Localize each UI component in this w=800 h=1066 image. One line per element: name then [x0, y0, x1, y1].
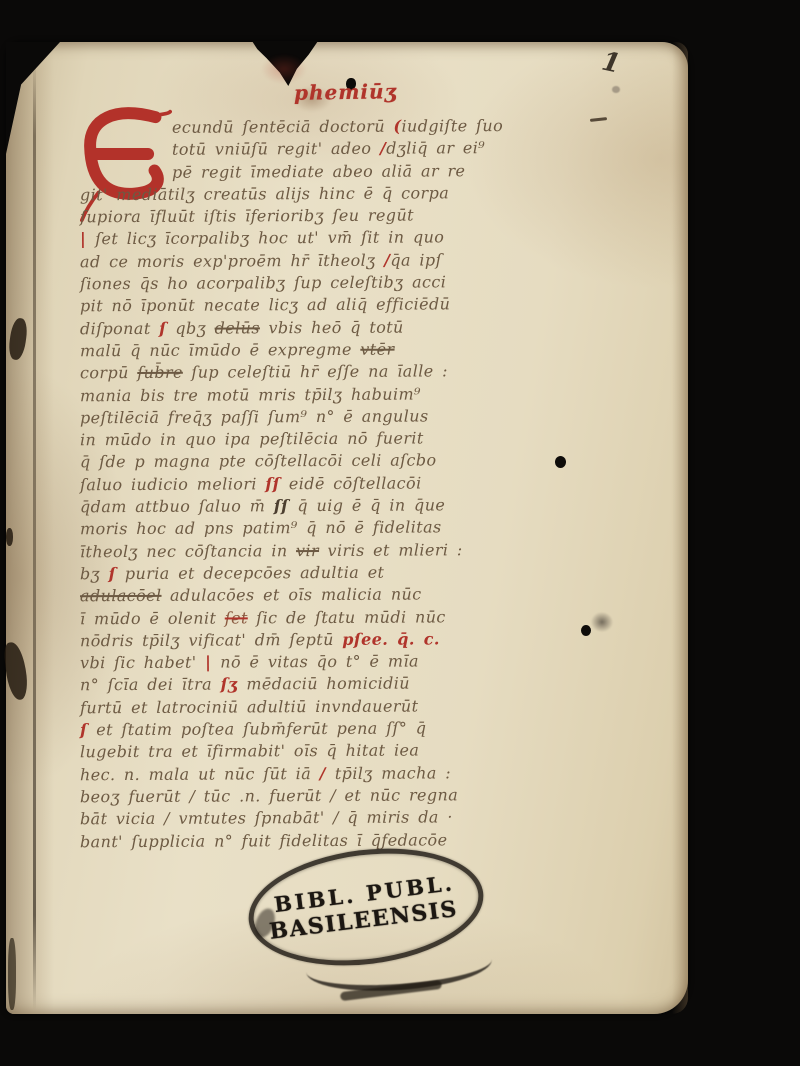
manuscript-text-segment: nō ē vitas q̄o t° ē mīa	[220, 652, 419, 672]
manuscript-text-segment: ſic de ſtatu mūdi nūc	[248, 607, 446, 627]
manuscript-text-segment: diſponat	[80, 319, 159, 338]
manuscript-line: bant' ſupplicia n° fuit fidelitas ī q̄fe…	[80, 828, 566, 853]
manuscript-line: malū q̄ nūc īmūdo ē expregme vtēr	[80, 338, 566, 363]
manuscript-text-segment: peſtilēciā freq̄ʒ paſſi ſum⁹ n° ē angulu…	[80, 406, 429, 427]
manuscript-text-segment: vir	[296, 541, 319, 560]
manuscript-line: furtū et latrociniū adultiū invndauerūt	[80, 694, 566, 719]
manuscript-text-segment: vtēr	[360, 340, 394, 359]
manuscript-text-segment: adulacōel	[80, 586, 162, 605]
manuscript-line: ſupiora īfluūt iſtis īferioribʒ ſeu regū…	[80, 204, 566, 229]
manuscript-line: ecundū ſentēciā doctorū (iudgiſte ſuo	[80, 115, 566, 140]
manuscript-text-segment: adulacōes et oīs malicia nūc	[161, 585, 421, 605]
manuscript-line: ītheolʒ nec cōſtancia in vir viris et ml…	[80, 538, 566, 563]
manuscript-line: mania bis tre motū mris tp̄ilʒ habuim⁹	[80, 382, 566, 407]
manuscript-text-segment: bʒ	[80, 564, 109, 583]
manuscript-text-segment: dʒliq̄ ar ei⁹	[386, 138, 485, 158]
manuscript-line: q̄ ſde p magna pte cōſtellacōi celi aſcb…	[80, 449, 566, 474]
rubric-heading: phemiūʒ	[294, 79, 397, 105]
manuscript-line: hec. n. mala ut nūc ſūt iā / tp̄ilʒ mach…	[80, 761, 566, 786]
manuscript-text-segment: ſaluo iudicio meliori	[80, 474, 265, 494]
ink-dot	[555, 456, 566, 468]
manuscript-text-segment: in mūdo in quo ipa peſtilēcia nō fuerit	[80, 429, 424, 450]
manuscript-text-segment: beoʒ fuerūt / tūc .n. fuerūt / et nūc re…	[80, 785, 458, 806]
red-ink-smudge	[261, 54, 307, 84]
binding-thread-knot	[3, 641, 29, 701]
manuscript-text-segment: ecundū ſentēciā doctorū	[172, 117, 394, 137]
manuscript-line: | ſet licʒ īcorpalibʒ hoc ut' vm̄ ſit in…	[80, 226, 566, 251]
manuscript-line: diſponat ſ qbʒ delūs vbis heō q̄ totū	[80, 315, 566, 340]
manuscript-text-segment: (	[393, 117, 401, 136]
manuscript-line: bāt vicia / vmtutes ſpnabāt' / q̄ miris …	[80, 806, 566, 831]
faint-stain	[612, 86, 620, 93]
manuscript-line: bʒ ſ puria et decepcōes adultia et	[80, 561, 566, 586]
manuscript-text-segment: ad ce moris exp'proēm hr̄ ītheolʒ	[80, 250, 384, 271]
manuscript-page: 1 phemiūʒ ecundū ſentēciā doctorū (iudgi…	[6, 42, 688, 1014]
manuscript-text-segment: |	[205, 653, 220, 672]
manuscript-text-segment: lugebit tra et īfirmabit' oīs q̄ hitat i…	[80, 741, 419, 762]
manuscript-line: ad ce moris exp'proēm hr̄ ītheolʒ /q̄a i…	[80, 249, 566, 274]
manuscript-line: in mūdo in quo ipa peſtilēcia nō fuerit	[80, 427, 566, 452]
manuscript-text-segment: |	[80, 230, 95, 249]
manuscript-text-segment: ſet	[225, 608, 248, 627]
manuscript-text-segment: eidē cōſtellacōi	[289, 473, 422, 493]
manuscript-text-segment: nōdris tp̄ilʒ vificat' dm̄ ſeptū	[80, 630, 342, 650]
manuscript-line: q̄dam attbuo ſaluo m̄ ſſ q̄ uig ē q̄ in …	[80, 494, 566, 519]
manuscript-text-segment: ſſ	[274, 496, 298, 515]
manuscript-text-segment: n° ſcīa dei ītra	[80, 675, 221, 695]
manuscript-text-segment: qbʒ	[175, 318, 214, 337]
manuscript-line: ī mūdo ē olenit ſet ſic de ſtatu mūdi nū…	[80, 605, 566, 630]
folio-number: 1	[599, 46, 623, 79]
manuscript-line: moris hoc ad pns patim⁹ q̄ nō ē fidelita…	[80, 516, 566, 541]
manuscript-line: ſaluo iudicio meliori ſſ eidē cōſtellacō…	[80, 471, 566, 496]
ink-dot	[581, 625, 591, 636]
manuscript-text-segment: pit nō īponūt necate licʒ ad aliq̄ effic…	[80, 295, 450, 316]
manuscript-text-segment: viris et mlieri :	[319, 540, 463, 560]
manuscript-line: totū vniūſū regit' adeo /dʒliq̄ ar ei⁹	[80, 137, 566, 162]
manuscript-text-segment: et ſtatim poſtea ſubm̄ferūt pena ſſ° q̄	[96, 718, 426, 739]
manuscript-text-segment: ſſ	[265, 474, 289, 493]
margin-dash	[590, 117, 607, 122]
binding-crease	[33, 60, 36, 1010]
manuscript-line: peſtilēciā freq̄ʒ paſſi ſum⁹ n° ē angulu…	[80, 405, 566, 430]
manuscript-text-segment: moris hoc ad pns patim⁹ q̄ nō ē fidelita…	[80, 518, 442, 539]
manuscript-text-segment: vbi ſic habet'	[80, 653, 205, 673]
manuscript-text-segment: ſ	[109, 564, 125, 583]
manuscript-text-segment: delūs	[215, 318, 260, 337]
manuscript-line: git' mediātilʒ creatūs alijs hinc ē q̄ c…	[80, 182, 566, 207]
manuscript-line: corpū ſub̄re ſup celeſtiū hr̄ eſſe na īa…	[80, 360, 566, 385]
manuscript-text-segment: ſupiora īfluūt iſtis īferioribʒ ſeu regū…	[80, 206, 414, 227]
manuscript-text-segment: ſup celeſtiū hr̄ eſſe na īalle :	[183, 362, 448, 382]
manuscript-text-segment: corpū	[80, 363, 137, 382]
manuscript-text-segment: furtū et latrociniū adultiū invndauerūt	[80, 696, 418, 717]
manuscript-line: pit nō īponūt necate licʒ ad aliq̄ effic…	[80, 293, 566, 318]
manuscript-text-segment: bāt vicia / vmtutes ſpnabāt' / q̄ miris …	[80, 808, 453, 829]
manuscript-text-segment: q̄ uig ē q̄ in q̄ue	[297, 495, 445, 515]
manuscript-text-segment: iudgiſte ſuo	[401, 116, 503, 136]
manuscript-text-segment: vbis heō q̄ totū	[260, 317, 404, 337]
photo-backdrop: 1 phemiūʒ ecundū ſentēciā doctorū (iudgi…	[0, 0, 800, 1066]
manuscript-text-segment: tp̄ilʒ macha :	[335, 763, 451, 783]
binding-thread-knot	[8, 938, 16, 1010]
binding-thread-knot	[6, 528, 13, 546]
manuscript-text-segment: hec. n. mala ut nūc ſūt iā	[80, 764, 320, 784]
manuscript-text-segment: pē regit īmediate abeo aliā ar re	[172, 161, 465, 182]
manuscript-text-segment: git' mediātilʒ creatūs alijs hinc ē q̄ c…	[80, 183, 449, 204]
manuscript-text-segment: ſet licʒ īcorpalibʒ hoc ut' vm̄ ſit in q…	[95, 228, 444, 249]
manuscript-text-segment: ſʒ	[221, 675, 247, 694]
manuscript-line: vbi ſic habet' | nō ē vitas q̄o t° ē mīa	[80, 650, 566, 675]
manuscript-line: nōdris tp̄ilʒ vificat' dm̄ ſeptū pſee. q…	[80, 628, 566, 653]
manuscript-text-segment: q̄ ſde p magna pte cōſtellacōi celi aſcb…	[80, 451, 437, 472]
manuscript-text-segment: /	[320, 764, 335, 783]
manuscript-text-segment: malū q̄ nūc īmūdo ē expregme	[80, 340, 360, 360]
binding-thread-knot	[7, 317, 29, 361]
manuscript-line: lugebit tra et īfirmabit' oīs q̄ hitat i…	[80, 739, 566, 764]
text-block: ecundū ſentēciā doctorū (iudgiſte ſuotot…	[80, 116, 566, 852]
manuscript-text-segment: ſ	[159, 318, 175, 337]
manuscript-text-segment: ītheolʒ nec cōſtancia in	[80, 541, 296, 561]
manuscript-text-segment: pſee. q̄. c.	[342, 629, 440, 649]
ink-smudge	[591, 612, 613, 632]
manuscript-text-segment: q̄dam attbuo ſaluo m̄	[80, 496, 274, 516]
manuscript-text-segment: totū vniūſū regit' adeo	[172, 139, 380, 159]
manuscript-text-segment: q̄a ipſ	[390, 250, 442, 269]
manuscript-line: beoʒ fuerūt / tūc .n. fuerūt / et nūc re…	[80, 784, 566, 809]
manuscript-line: n° ſcīa dei ītra ſʒ mēdaciū homicidiū	[80, 672, 566, 697]
manuscript-text-segment: mania bis tre motū mris tp̄ilʒ habuim⁹	[80, 384, 421, 405]
manuscript-line: adulacōel adulacōes et oīs malicia nūc	[80, 583, 566, 608]
manuscript-line: ſ et ſtatim poſtea ſubm̄ferūt pena ſſ° q…	[80, 717, 566, 742]
manuscript-text-segment: mēdaciū homicidiū	[246, 674, 410, 694]
manuscript-text-segment: ī mūdo ē olenit	[80, 608, 225, 628]
manuscript-line: ſiones q̄s ho acorpalibʒ ſup celeſtibʒ a…	[80, 271, 566, 296]
manuscript-text-segment: puria et decepcōes adultia et	[125, 563, 385, 583]
manuscript-text-segment: ſub̄re	[137, 363, 183, 382]
manuscript-text-segment: ſiones q̄s ho acorpalibʒ ſup celeſtibʒ a…	[80, 272, 446, 293]
manuscript-text-segment: ſ	[80, 720, 96, 739]
manuscript-line: pē regit īmediate abeo aliā ar re	[80, 159, 566, 184]
